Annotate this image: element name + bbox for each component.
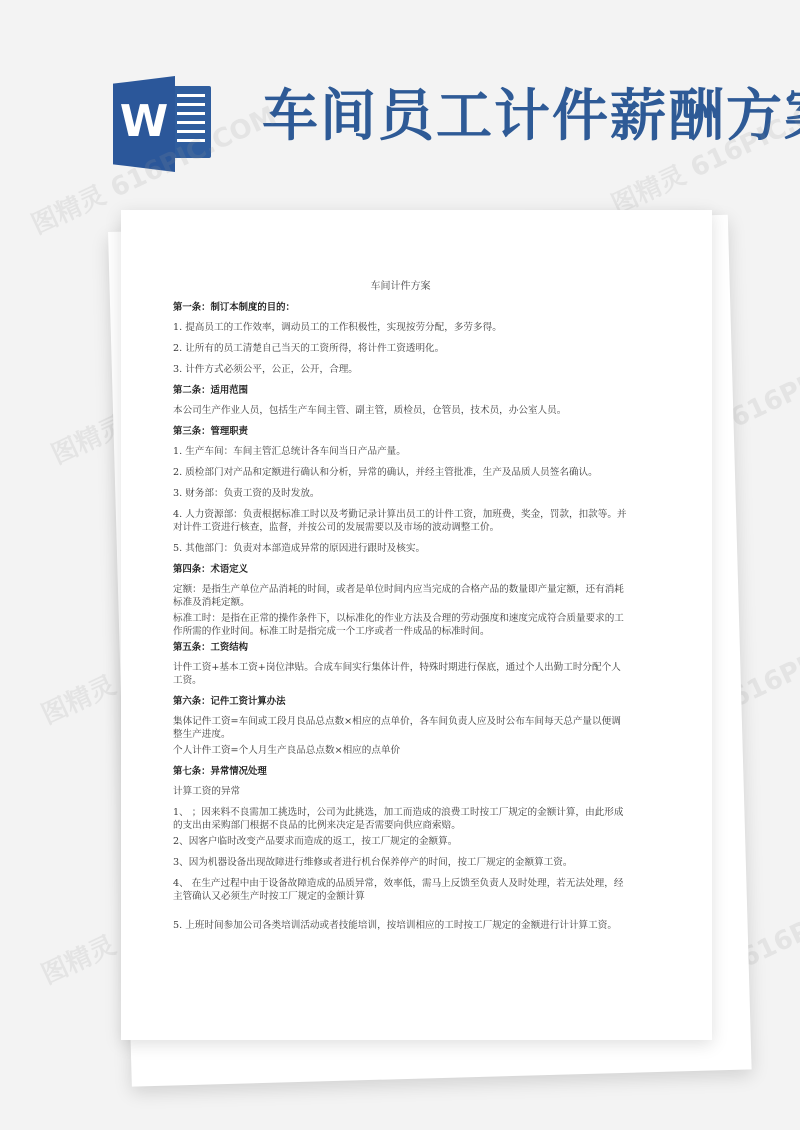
paragraph: 个人计件工资=个人月生产良品总点数×相应的点单价: [173, 744, 628, 757]
banner: W 车间员工计件薪酬方案: [0, 0, 800, 200]
paragraph: 定额：是指生产单位产品消耗的时间，或者是单位时间内应当完成的合格产品的数量即产量…: [173, 583, 628, 609]
paragraph: 计件工资+基本工资+岗位津贴。合成车间实行集体计件，特殊时期进行保底，通过个人出…: [173, 661, 628, 687]
paragraph: 2. 让所有的员工清楚自己当天的工资所得，将计件工资透明化。: [173, 342, 628, 355]
paragraph: 2、因客户临时改变产品要求而造成的返工，按工厂规定的金额算。: [173, 835, 628, 848]
section-heading: 第一条：制订本制度的目的：: [173, 301, 628, 314]
paragraph: 集体记件工资=车间或工段月良品总点数×相应的点单价，各车间负责人应及时公布车间每…: [173, 715, 628, 741]
document-title: 车间计件方案: [173, 280, 628, 293]
word-icon-lines: [177, 94, 205, 148]
document-body: 车间计件方案 第一条：制订本制度的目的： 1. 提高员工的工作效率，调动员工的工…: [173, 280, 628, 940]
paragraph: 1. 生产车间：车间主管汇总统计各车间当日产品产量。: [173, 445, 628, 458]
section-heading: 第五条：工资结构: [173, 641, 628, 654]
section-heading: 第二条：适用范围: [173, 384, 628, 397]
paragraph: 3. 财务部：负责工资的及时发放。: [173, 487, 628, 500]
paragraph: 本公司生产作业人员，包括生产车间主管、副主管，质检员，仓管员，技术员，办公室人员…: [173, 404, 628, 417]
paragraph: 5. 上班时间参加公司各类培训活动或者技能培训，按培训相应的工时按工厂规定的金额…: [173, 919, 628, 932]
section-heading: 第四条：术语定义: [173, 563, 628, 576]
paragraph: 1. 提高员工的工作效率，调动员工的工作积极性，实现按劳分配，多劳多得。: [173, 321, 628, 334]
section-heading: 第三条：管理职责: [173, 425, 628, 438]
section-heading: 第六条：记件工资计算办法: [173, 695, 628, 708]
paragraph: 3. 计件方式必须公平，公正，公开，合理。: [173, 363, 628, 376]
paragraph: 2. 质检部门对产品和定额进行确认和分析，异常的确认，并经主管批准，生产及品质人…: [173, 466, 628, 479]
paragraph: 标准工时：是指在正常的操作条件下，以标准化的作业方法及合理的劳动强度和速度完成符…: [173, 612, 628, 638]
banner-title: 车间员工计件薪酬方案: [262, 76, 800, 156]
section-heading: 第七条：异常情况处理: [173, 765, 628, 778]
paragraph: 5. 其他部门：负责对本部造成异常的原因进行跟时及核实。: [173, 542, 628, 555]
paragraph: 1、 ；因来料不良需加工挑选时，公司为此挑选，加工而造成的浪费工时按工厂规定的金…: [173, 806, 628, 832]
document-page: 车间计件方案 第一条：制订本制度的目的： 1. 提高员工的工作效率，调动员工的工…: [121, 210, 712, 1040]
paragraph: 3、因为机器设备出现故障进行维修或者进行机台保养停产的时间，按工厂规定的金额算工…: [173, 856, 628, 869]
paragraph: 4. 人力资源部：负责根据标准工时以及考勤记录计算出员工的计件工资，加班费，奖金…: [173, 508, 628, 534]
paragraph: 计算工资的异常: [173, 785, 628, 798]
paragraph: 4、 在生产过程中由于设备故障造成的品质异常，效率低，需马上反馈至负责人及时处理…: [173, 877, 628, 903]
word-icon-letter: W: [119, 98, 169, 146]
word-doc-icon: W: [111, 72, 215, 172]
